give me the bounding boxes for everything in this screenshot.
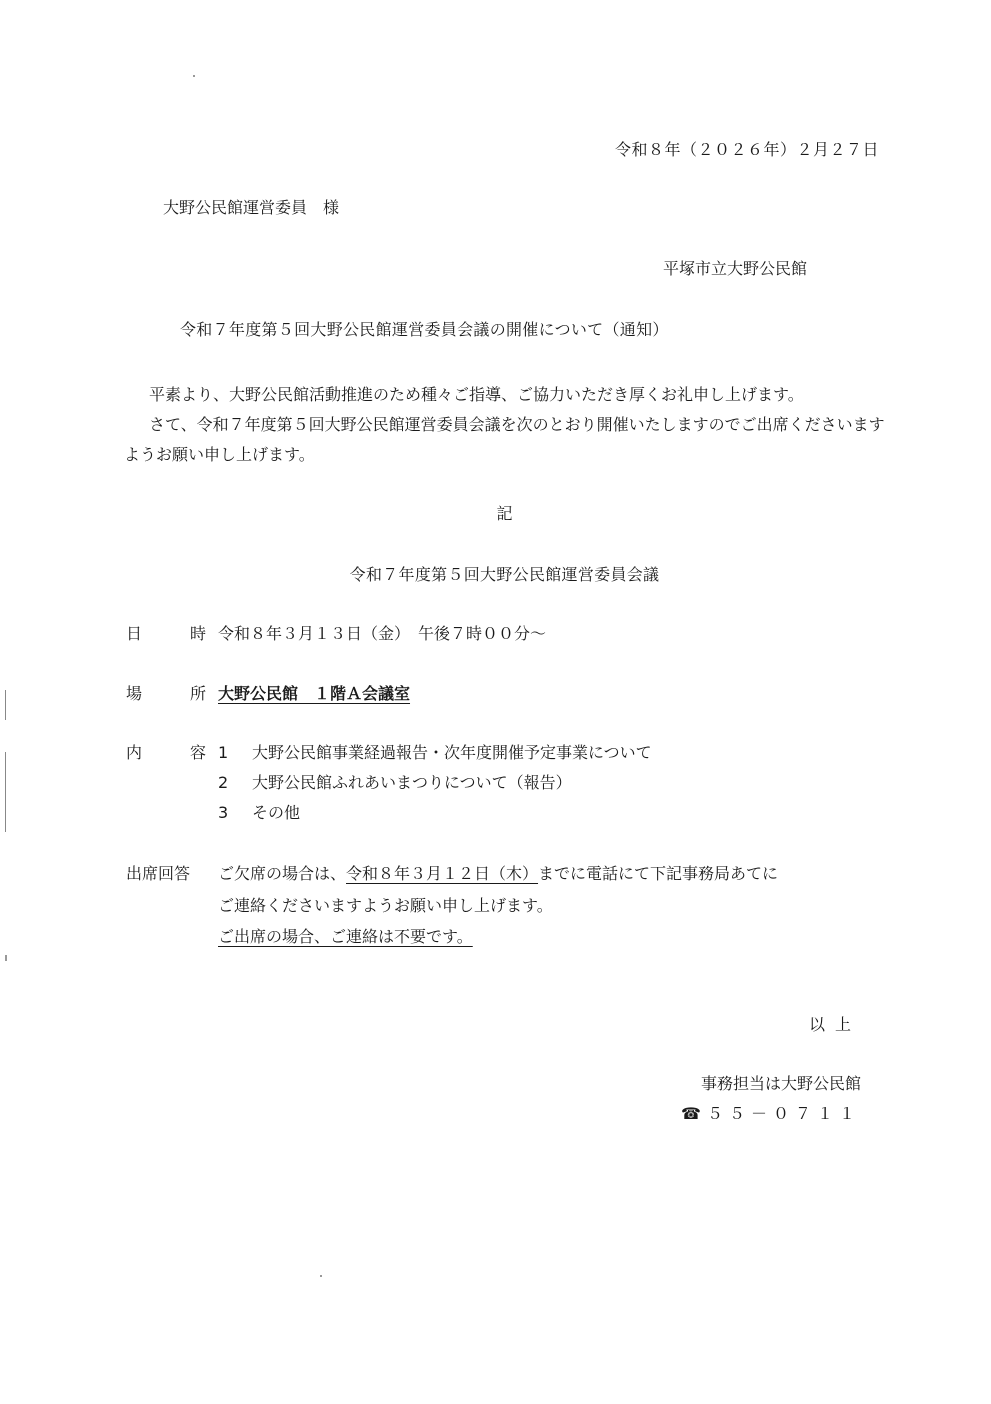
document-title: 令和７年度第５回大野公民館運営委員会議の開催について（通知） [180,322,669,338]
agenda-number: 3 [218,805,252,821]
meeting-subtitle: 令和７年度第５回大野公民館運営委員会議 [0,567,991,583]
office-contact: 事務担当は大野公民館 [701,1076,861,1092]
telephone-icon: ☎ [681,1104,707,1123]
agenda-item: その他 [252,803,300,822]
agenda-item: 大野公民館事業経過報告・次年度開催予定事業について [252,743,652,762]
scan-artifact-dot [5,955,7,961]
rsvp-note: ご出席の場合、ご連絡は不要です。 [218,929,473,945]
agenda-row: 2大野公民館ふれあいまつりについて（報告） [218,775,572,791]
body-paragraph: さて、令和７年度第５回大野公民館運営委員会議を次のとおり開催いたしますのでご出席… [124,410,894,470]
place-value: 大野公民館 １階Ａ会議室 [218,684,410,703]
detail-label: 出席回答 [126,866,218,882]
detail-datetime: 日時 令和８年３月１３日（金） 午後７時００分～ [126,626,546,642]
detail-rsvp: 出席回答ご欠席の場合は、令和８年３月１２日（木）までに電話にて下記事務局あてに [126,866,778,882]
closing-mark: 以上 [809,1017,861,1033]
telephone-number: ５５－０７１１ [707,1104,861,1123]
datetime-value: 令和８年３月１３日（金） 午後７時００分～ [218,624,546,643]
agenda-item: 大野公民館ふれあいまつりについて（報告） [252,773,572,792]
rsvp-deadline: 令和８年３月１２日（木） [346,864,538,883]
body-paragraph: 平素より、大野公民館活動推進のため種々ご指導、ご協力いただき厚くお礼申し上げます… [124,380,894,410]
agenda-row: 3その他 [218,805,300,821]
ki-heading: 記 [0,506,991,522]
agenda-number: 1 [218,745,252,761]
scan-artifact-dot [320,1275,322,1277]
detail-label: 場所 [126,686,218,702]
scan-artifact-dot [193,75,195,77]
scan-artifact-line [5,690,6,720]
sender: 平塚市立大野公民館 [663,261,807,277]
agenda-number: 2 [218,775,252,791]
detail-label: 日時 [126,626,218,642]
addressee: 大野公民館運営委員 様 [163,200,339,216]
body-text: 平素より、大野公民館活動推進のため種々ご指導、ご協力いただき厚くお礼申し上げます… [124,380,894,470]
detail-content: 内容 1大野公民館事業経過報告・次年度開催予定事業について [126,745,652,761]
document-date: 令和８年（２０２６年）２月２７日 [615,142,879,158]
scan-artifact-line [5,752,6,832]
telephone: ☎５５－０７１１ [681,1106,861,1122]
detail-label: 内容 [126,745,218,761]
detail-place: 場所 大野公民館 １階Ａ会議室 [126,686,410,702]
rsvp-line: ご連絡くださいますようお願い申し上げます。 [218,898,553,914]
